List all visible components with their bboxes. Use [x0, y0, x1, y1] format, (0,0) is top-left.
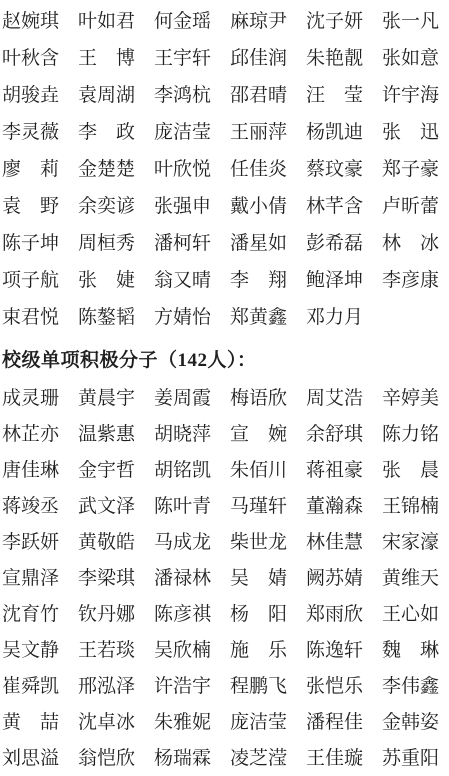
person-name: 陈力铭 — [382, 425, 439, 444]
person-name: 王若琰 — [78, 641, 135, 660]
person-name: 潘程佳 — [306, 713, 363, 732]
name-row: 林芷亦温紫惠胡晓萍宣 婉余舒琪陈力铭 — [2, 416, 449, 452]
person-name: 蒋祖豪 — [306, 461, 363, 480]
person-name: 胡骏垚 — [2, 86, 59, 105]
person-name: 马瑾轩 — [230, 497, 287, 516]
person-name: 许浩宇 — [154, 677, 211, 696]
person-name: 李伟鑫 — [382, 677, 439, 696]
person-name: 任佳炎 — [230, 160, 287, 179]
person-name: 张一凡 — [382, 12, 439, 31]
person-name: 汪 莹 — [306, 86, 363, 105]
person-name: 金宇哲 — [78, 461, 135, 480]
name-row: 蒋竣丞武文泽陈叶青马瑾轩董瀚森王锦楠 — [2, 488, 449, 524]
person-name: 方婧怡 — [154, 308, 211, 327]
person-name: 刘思溢 — [2, 749, 59, 768]
person-name: 戴小倩 — [230, 197, 287, 216]
person-name: 吴文静 — [2, 641, 59, 660]
person-name: 宣 婉 — [230, 425, 287, 444]
person-name: 林佳慧 — [306, 533, 363, 552]
person-name: 吴 婧 — [230, 569, 287, 588]
person-name: 王心如 — [382, 605, 439, 624]
person-name: 张 婕 — [78, 271, 135, 290]
person-name: 余舒琪 — [306, 425, 363, 444]
person-name: 苏重阳 — [382, 749, 439, 768]
person-name: 邱佳润 — [230, 49, 287, 68]
person-name: 蔡玟豪 — [306, 160, 363, 179]
person-name: 金楚楚 — [78, 160, 135, 179]
person-name: 李 政 — [78, 123, 135, 142]
person-name: 袁周湖 — [78, 86, 135, 105]
person-name: 潘禄林 — [154, 569, 211, 588]
person-name: 张强申 — [154, 197, 211, 216]
name-row: 成灵珊黄晨宇姜周霞梅语欣周艾浩辛婷美 — [2, 380, 449, 416]
name-row: 李跃妍黄敬皓马成龙柴世龙林佳慧宋家濠 — [2, 524, 449, 560]
name-row: 宣鼎泽李梁琪潘禄林吴 婧阙苏婧黄维天 — [2, 560, 449, 596]
person-name: 蒋竣丞 — [2, 497, 59, 516]
person-name: 沈育竹 — [2, 605, 59, 624]
person-name: 李鸿杭 — [154, 86, 211, 105]
person-name: 陈子坤 — [2, 234, 59, 253]
person-name: 李跃妍 — [2, 533, 59, 552]
person-name: 柴世龙 — [230, 533, 287, 552]
person-name: 陈彦祺 — [154, 605, 211, 624]
name-row: 沈育竹钦丹娜陈彦祺杨 阳郑雨欣王心如 — [2, 596, 449, 632]
person-name: 麻琼尹 — [230, 12, 287, 31]
name-row: 黄 喆沈卓冰朱雅妮庞洁莹潘程佳金韩姿 — [2, 704, 449, 740]
name-row: 袁 野余奕谚张强申戴小倩林芊含卢昕蕾 — [2, 188, 449, 225]
person-name: 崔舜凯 — [2, 677, 59, 696]
person-name: 李 翔 — [230, 271, 287, 290]
person-name: 陈逸轩 — [306, 641, 363, 660]
name-row: 吴文静王若琰吴欣楠施 乐陈逸轩魏 琳 — [2, 632, 449, 668]
person-name: 邓力月 — [306, 308, 363, 327]
person-name: 王丽萍 — [230, 123, 287, 142]
person-name: 林 冰 — [382, 234, 439, 253]
person-name: 黄敬皓 — [78, 533, 135, 552]
person-name: 程鹏飞 — [230, 677, 287, 696]
person-name: 宣鼎泽 — [2, 569, 59, 588]
person-name: 翁恺欣 — [78, 749, 135, 768]
person-name: 沈卓冰 — [78, 713, 135, 732]
person-name: 李梁琪 — [78, 569, 135, 588]
document-page: { "page": { "background": "#ffffff", "te… — [0, 0, 449, 776]
person-name: 叶秋含 — [2, 49, 59, 68]
person-name: 束君悦 — [2, 308, 59, 327]
name-row: 叶秋含王 博王宇轩邱佳润朱艳靓张如意 — [2, 40, 449, 77]
person-name: 庞洁莹 — [154, 123, 211, 142]
person-name: 林芊含 — [306, 197, 363, 216]
person-name: 胡晓萍 — [154, 425, 211, 444]
name-roster-document: 赵婉琪叶如君何金瑶麻琼尹沈子妍张一凡叶秋含王 博王宇轩邱佳润朱艳靓张如意胡骏垚袁… — [0, 0, 449, 776]
person-name: 潘柯轩 — [154, 234, 211, 253]
person-name: 张恺乐 — [306, 677, 363, 696]
person-name: 陈鏊韬 — [78, 308, 135, 327]
person-name: 杨瑞霖 — [154, 749, 211, 768]
person-name: 卢昕蕾 — [382, 197, 439, 216]
person-name: 叶如君 — [78, 12, 135, 31]
person-name: 周艾浩 — [306, 389, 363, 408]
person-name: 施 乐 — [230, 641, 287, 660]
person-name: 彭希磊 — [306, 234, 363, 253]
person-name: 张如意 — [382, 49, 439, 68]
name-row: 李灵薇李 政庞洁莹王丽萍杨凯迪张 迅 — [2, 114, 449, 151]
person-name: 庞洁莹 — [230, 713, 287, 732]
person-name: 赵婉琪 — [2, 12, 59, 31]
person-name: 黄晨宇 — [78, 389, 135, 408]
name-row: 胡骏垚袁周湖李鸿杭邵君晴汪 莹许宇海 — [2, 77, 449, 114]
honor-list-section-1: 赵婉琪叶如君何金瑶麻琼尹沈子妍张一凡叶秋含王 博王宇轩邱佳润朱艳靓张如意胡骏垚袁… — [2, 3, 449, 336]
person-name: 阙苏婧 — [306, 569, 363, 588]
person-name: 沈子妍 — [306, 12, 363, 31]
person-name: 王 博 — [78, 49, 135, 68]
person-name: 廖 莉 — [2, 160, 59, 179]
person-name: 梅语欣 — [230, 389, 287, 408]
person-name: 宋家濠 — [382, 533, 439, 552]
person-name: 钦丹娜 — [78, 605, 135, 624]
person-name: 项子航 — [2, 271, 59, 290]
person-name: 林芷亦 — [2, 425, 59, 444]
person-name: 杨 阳 — [230, 605, 287, 624]
name-row: 崔舜凯邢泓泽许浩宇程鹏飞张恺乐李伟鑫 — [2, 668, 449, 704]
name-row: 束君悦陈鏊韬方婧怡郑黄鑫邓力月 — [2, 299, 449, 336]
person-name: 黄维天 — [382, 569, 439, 588]
person-name: 吴欣楠 — [154, 641, 211, 660]
person-name: 郑雨欣 — [306, 605, 363, 624]
person-name: 姜周霞 — [154, 389, 211, 408]
person-name: 成灵珊 — [2, 389, 59, 408]
name-row: 廖 莉金楚楚叶欣悦任佳炎蔡玟豪郑子豪 — [2, 151, 449, 188]
person-name: 潘星如 — [230, 234, 287, 253]
person-name: 袁 野 — [2, 197, 59, 216]
person-name: 张 晨 — [382, 461, 439, 480]
person-name: 周桓秀 — [78, 234, 135, 253]
person-name: 杨凯迪 — [306, 123, 363, 142]
person-name: 胡铭凯 — [154, 461, 211, 480]
person-name: 邢泓泽 — [78, 677, 135, 696]
person-name: 金韩姿 — [382, 713, 439, 732]
person-name: 郑子豪 — [382, 160, 439, 179]
person-name: 陈叶青 — [154, 497, 211, 516]
person-name: 温紫惠 — [78, 425, 135, 444]
person-name: 鲍泽坤 — [306, 271, 363, 290]
honor-list-section-2: 成灵珊黄晨宇姜周霞梅语欣周艾浩辛婷美林芷亦温紫惠胡晓萍宣 婉余舒琪陈力铭唐佳琳金… — [2, 380, 449, 776]
person-name: 余奕谚 — [78, 197, 135, 216]
person-name: 马成龙 — [154, 533, 211, 552]
name-row: 唐佳琳金宇哲胡铭凯朱佰川蒋祖豪张 晨 — [2, 452, 449, 488]
person-name: 许宇海 — [382, 86, 439, 105]
person-name: 翁又晴 — [154, 271, 211, 290]
person-name: 张 迅 — [382, 123, 439, 142]
person-name: 叶欣悦 — [154, 160, 211, 179]
person-name: 李灵薇 — [2, 123, 59, 142]
person-name: 武文泽 — [78, 497, 135, 516]
section-heading: 校级单项积极分子（142人）： — [2, 336, 449, 380]
person-name: 王佳璇 — [306, 749, 363, 768]
person-name: 董瀚森 — [306, 497, 363, 516]
name-row: 项子航张 婕翁又晴李 翔鲍泽坤李彦康 — [2, 262, 449, 299]
person-name: 李彦康 — [382, 271, 439, 290]
person-name: 朱佰川 — [230, 461, 287, 480]
name-row: 陈子坤周桓秀潘柯轩潘星如彭希磊林 冰 — [2, 225, 449, 262]
person-name: 王宇轩 — [154, 49, 211, 68]
person-name: 郑黄鑫 — [230, 308, 287, 327]
name-row: 刘思溢翁恺欣杨瑞霖凌芝滢王佳璇苏重阳 — [2, 740, 449, 776]
person-name: 王锦楠 — [382, 497, 439, 516]
person-name: 凌芝滢 — [230, 749, 287, 768]
person-name: 辛婷美 — [382, 389, 439, 408]
person-name: 黄 喆 — [2, 713, 59, 732]
person-name: 邵君晴 — [230, 86, 287, 105]
person-name: 魏 琳 — [382, 641, 439, 660]
person-name: 朱雅妮 — [154, 713, 211, 732]
person-name: 朱艳靓 — [306, 49, 363, 68]
person-name: 唐佳琳 — [2, 461, 59, 480]
name-row: 赵婉琪叶如君何金瑶麻琼尹沈子妍张一凡 — [2, 3, 449, 40]
person-name: 何金瑶 — [154, 12, 211, 31]
